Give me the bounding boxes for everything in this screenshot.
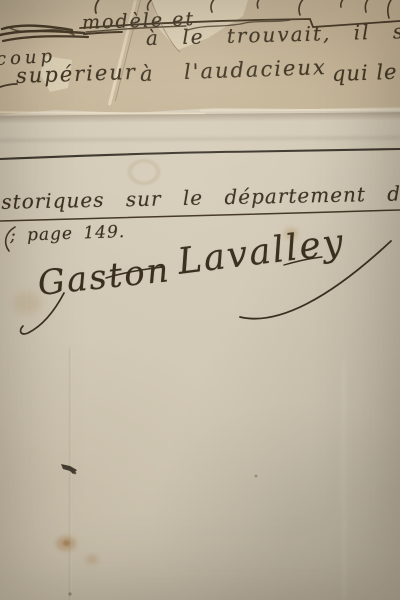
paper-edge-shadow [0,112,400,123]
ink-speck [74,472,77,475]
word-a: à [140,62,153,86]
title-line: istoriques sur le département de la [0,180,400,214]
manuscript-photo: modèle et à le trouvait, il sut coup sup… [0,0,400,600]
vertical-crease-faint [341,360,347,600]
word-superieur: supérieur [16,60,138,88]
stain-faint [14,292,42,314]
page-reference: ; page 149. [10,222,126,246]
word-audacieux: l'audacieux [184,55,328,84]
signature-last-name: Lavalley [176,222,348,283]
fold-shadow [0,136,400,143]
stain-ring [124,156,164,188]
signature-first-name: Gaston [36,250,172,304]
brown-speck [255,475,258,478]
foxing-stain-small [86,555,98,564]
vertical-crease [69,348,72,600]
word-qui-le: qui le [332,60,398,86]
paper-edge-highlight [200,108,400,111]
ruled-ink-line [0,149,400,159]
foxing-stain-core [63,540,70,546]
